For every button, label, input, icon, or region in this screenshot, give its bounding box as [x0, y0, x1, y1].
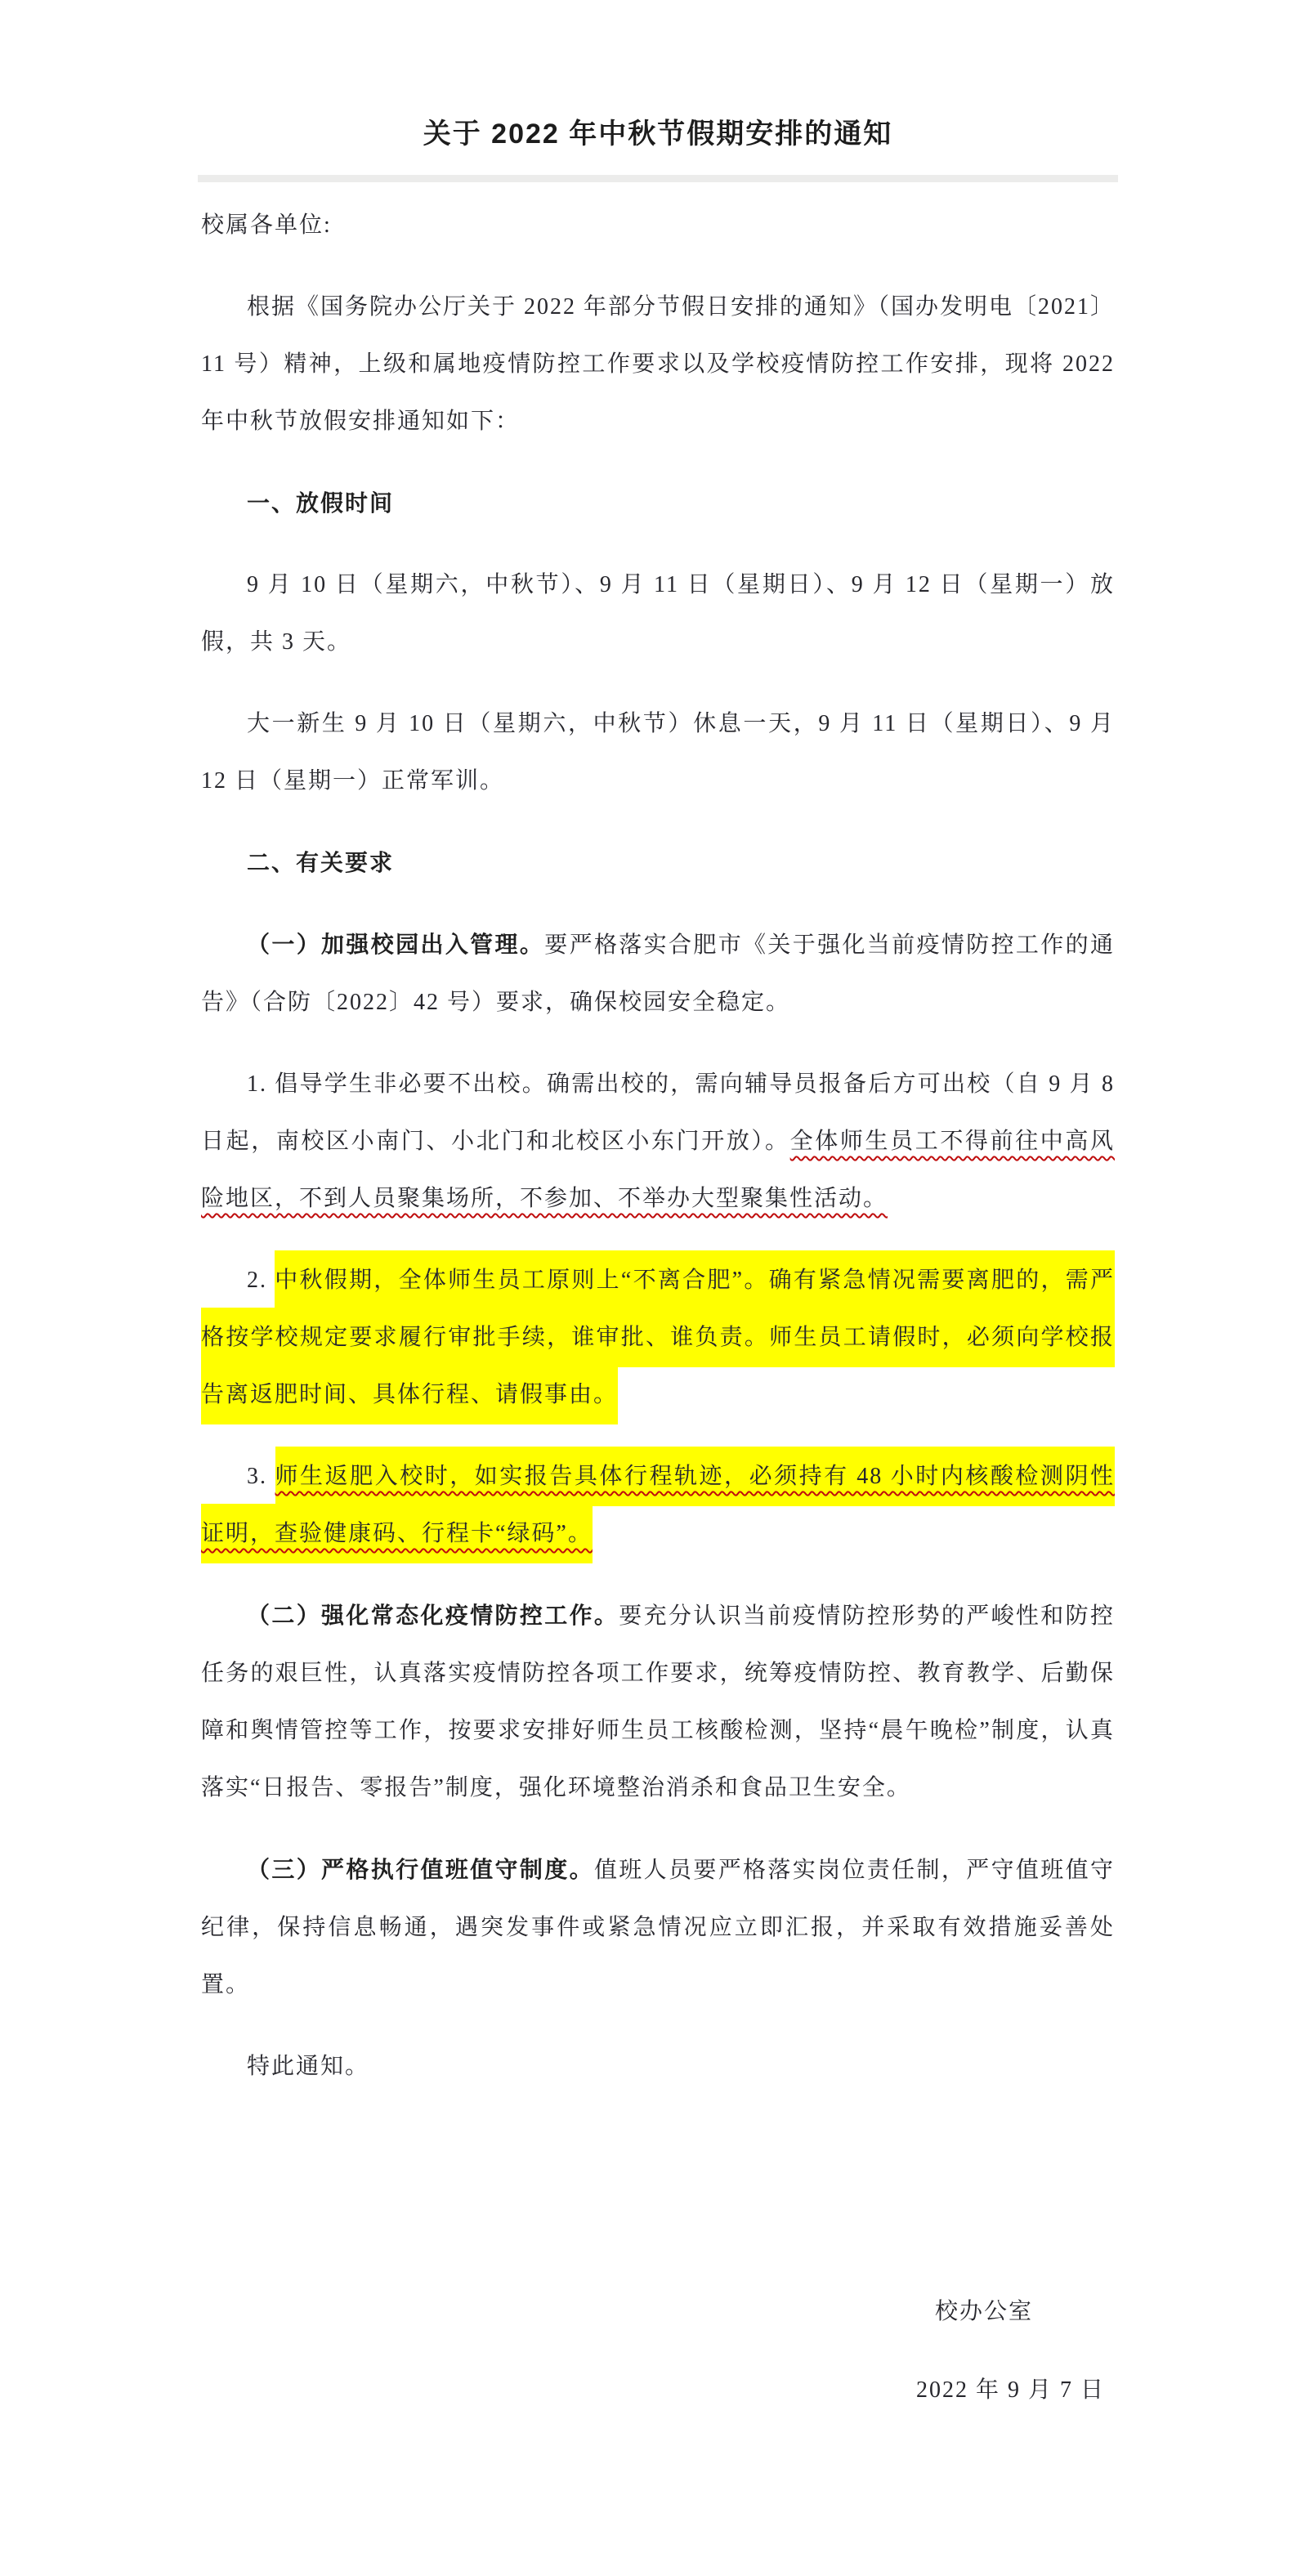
document-title: 关于 2022 年中秋节假期安排的通知 — [201, 114, 1115, 154]
paragraph-campus-access: （一）加强校园出入管理。要严格落实合肥市《关于强化当前疫情防控工作的通告》（合防… — [201, 916, 1115, 1031]
paragraph-item-1: 1. 倡导学生非必要不出校。确需出校的，需向辅导员报备后方可出校（自 9 月 8… — [201, 1056, 1115, 1228]
paragraph-freshmen: 大一新生 9 月 10 日（星期六，中秋节）休息一天，9 月 11 日（星期日）… — [201, 695, 1115, 810]
paragraph-normalized-prevention: （二）强化常态化疫情防控工作。要充分认识当前疫情防控形势的严峻性和防控任务的艰巨… — [201, 1587, 1115, 1817]
salutation: 校属各单位: — [201, 197, 1115, 254]
text-run: 特此通知。 — [247, 2054, 369, 2079]
paragraph-holiday-dates: 9 月 10 日（星期六，中秋节）、9 月 11 日（星期日）、9 月 12 日… — [201, 557, 1115, 671]
bold-lead-in: （一）加强校园出入管理。 — [247, 932, 544, 957]
signature-date: 2022 年 9 月 7 日 — [201, 2362, 1115, 2419]
text-run: 3. — [247, 1464, 275, 1489]
notice-document-page: 关于 2022 年中秋节假期安排的通知 校属各单位:根据《国务院办公厅关于 20… — [0, 0, 1297, 2576]
highlighted-text-wavy-underlined-text: 师生返肥入校时，如实报告具体行程轨迹，必须持有 48 小时内核酸检测阴性证明，查… — [201, 1447, 1115, 1563]
text-run: 9 月 10 日（星期六，中秋节）、9 月 11 日（星期日）、9 月 12 日… — [201, 572, 1115, 655]
heading-holiday-time: 一、放假时间 — [201, 475, 1115, 532]
bold-lead-in: （二）强化常态化疫情防控工作。 — [247, 1603, 619, 1628]
document-body: 校属各单位:根据《国务院办公厅关于 2022 年部分节假日安排的通知》（国办发明… — [201, 197, 1115, 2095]
paragraph-closing: 特此通知。 — [201, 2038, 1115, 2095]
paragraph-intro: 根据《国务院办公厅关于 2022 年部分节假日安排的通知》（国办发明电〔2021… — [201, 279, 1115, 450]
text-run: 二、有关要求 — [247, 850, 394, 875]
text-run: 2. — [247, 1268, 275, 1293]
heading-requirements: 二、有关要求 — [201, 834, 1115, 892]
paragraph-item-2: 2. 中秋假期，全体师生员工原则上“不离合肥”。确有紧急情况需要离肥的，需严格按… — [201, 1252, 1115, 1424]
title-divider — [198, 175, 1118, 182]
text-run: 根据《国务院办公厅关于 2022 年部分节假日安排的通知》（国办发明电〔2021… — [201, 294, 1115, 434]
paragraph-item-3: 3. 师生返肥入校时，如实报告具体行程轨迹，必须持有 48 小时内核酸检测阴性证… — [201, 1448, 1115, 1563]
text-run: 一、放假时间 — [247, 490, 394, 516]
signature-organization: 校办公室 — [201, 2283, 1115, 2341]
bold-lead-in: （三）严格执行值班值守制度。 — [247, 1857, 594, 1882]
text-run: 大一新生 9 月 10 日（星期六，中秋节）休息一天，9 月 11 日（星期日）… — [201, 711, 1115, 794]
paragraph-duty: （三）严格执行值班值守制度。值班人员要严格落实岗位责任制，严守值班值守纪律，保持… — [201, 1841, 1115, 2014]
highlighted-text: 中秋假期，全体师生员工原则上“不离合肥”。确有紧急情况需要离肥的，需严格按学校规… — [201, 1250, 1115, 1424]
text-run: 要充分认识当前疫情防控形势的严峻性和防控任务的艰巨性，认真落实疫情防控各项工作要… — [201, 1603, 1115, 1800]
text-run: 校属各单位: — [201, 212, 332, 238]
